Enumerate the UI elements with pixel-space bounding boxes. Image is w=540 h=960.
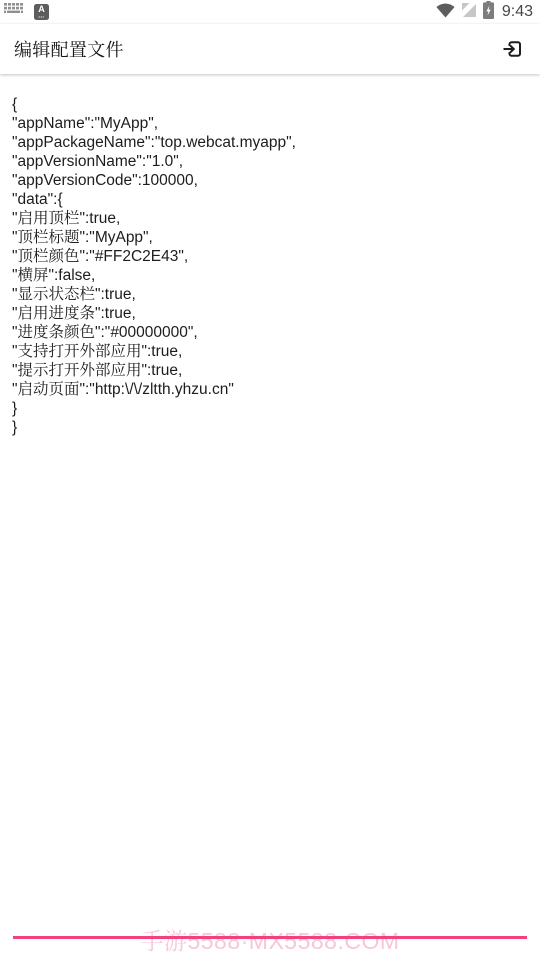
battery-charging-icon [483, 1, 494, 24]
status-bar: A ••• 9:43 [0, 0, 540, 24]
editor-line: "appName":"MyApp", [12, 114, 528, 133]
editor-line: "appVersionCode":100000, [12, 171, 528, 190]
editor-line: "顶栏标题":"MyApp", [12, 228, 528, 247]
editor-line: "data":{ [12, 190, 528, 209]
watermark-text: 手游5588·MX5588.COM [0, 923, 540, 956]
editor-line: "提示打开外部应用":true, [12, 361, 528, 380]
config-text-editor[interactable]: { "appName":"MyApp", "appPackageName":"t… [0, 74, 540, 437]
editor-line: "横屏":false, [12, 266, 528, 285]
editor-line: "启用进度条":true, [12, 304, 528, 323]
editor-line: { [12, 95, 528, 114]
editor-line: "显示状态栏":true, [12, 285, 528, 304]
no-signal-icon [461, 2, 477, 23]
save-import-button[interactable] [498, 35, 526, 63]
editor-line: "appVersionName":"1.0", [12, 152, 528, 171]
app-bar: 编辑配置文件 [0, 24, 540, 74]
page-title: 编辑配置文件 [14, 36, 124, 62]
wifi-icon [436, 2, 455, 23]
editor-line: "启动页面":"http:\/\/zltth.yhzu.cn" [12, 380, 528, 399]
keyboard-icon [4, 3, 23, 21]
editor-line: "支持打开外部应用":true, [12, 342, 528, 361]
a-badge-letter: A [38, 5, 45, 14]
app-a-badge-icon: A ••• [34, 4, 49, 20]
status-bar-right: 9:43 [436, 1, 533, 24]
watermark-underline [13, 936, 527, 939]
editor-line: "顶栏颜色":"#FF2C2E43", [12, 247, 528, 266]
status-bar-left: A ••• [4, 3, 49, 21]
editor-line: "进度条颜色":"#00000000", [12, 323, 528, 342]
status-bar-clock: 9:43 [502, 3, 533, 21]
save-import-icon [500, 37, 524, 61]
editor-line: } [12, 418, 528, 437]
editor-line: "appPackageName":"top.webcat.myapp", [12, 133, 528, 152]
editor-line: } [12, 399, 528, 418]
editor-line: "启用顶栏":true, [12, 209, 528, 228]
a-badge-sub: ••• [38, 15, 44, 19]
